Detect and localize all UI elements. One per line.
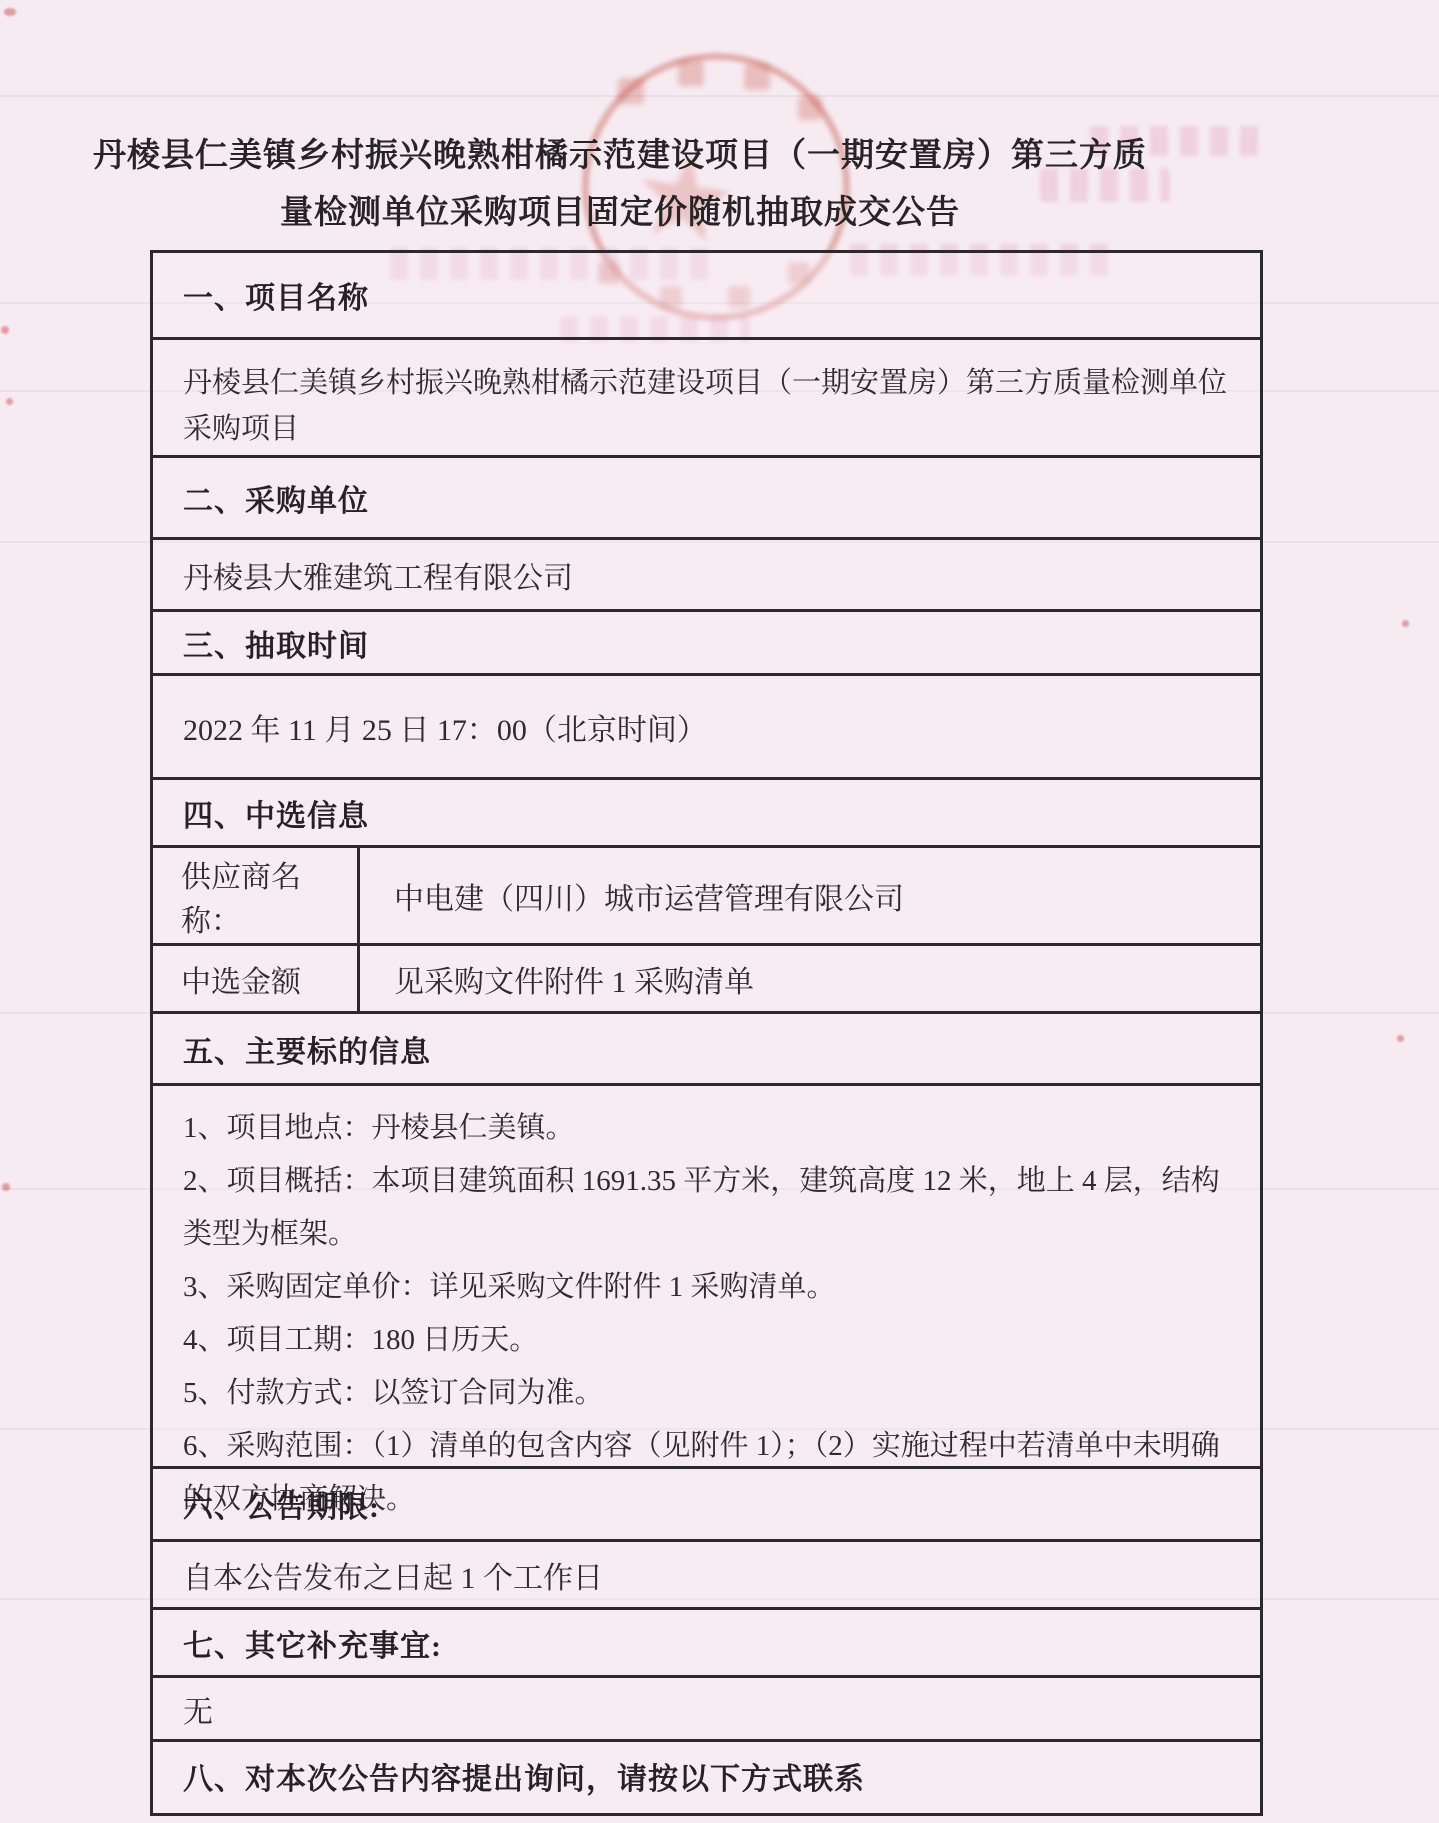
stamp-glyph-artifact — [618, 78, 644, 104]
draw-time-value: 2022 年 11 月 25 日 17：00（北京时间） — [153, 676, 1260, 780]
project-name-value: 丹棱县仁美镇乡村振兴晚熟柑橘示范建设项目（一期安置房）第三方质量检测单位采购项目 — [153, 340, 1260, 458]
title-line-1: 丹棱县仁美镇乡村振兴晚熟柑橘示范建设项目（一期安置房）第三方质 — [30, 128, 1210, 185]
scan-speck — [6, 398, 13, 405]
subject-item-5: 5、付款方式：以签订合同为准。 — [183, 1367, 1260, 1420]
section-7-header: 七、其它补充事宜: — [153, 1610, 1260, 1678]
award-amount-value: 见采购文件附件 1 采购清单 — [360, 946, 754, 1011]
announcement-table: 一、项目名称 丹棱县仁美镇乡村振兴晚熟柑橘示范建设项目（一期安置房）第三方质量检… — [150, 250, 1263, 1816]
section-4-header: 四、中选信息 — [153, 780, 1260, 848]
award-amount-label: 中选金额 — [153, 946, 360, 1011]
announcement-period-value: 自本公告发布之日起 1 个工作日 — [153, 1542, 1260, 1610]
supplier-name-value: 中电建（四川）城市运营管理有限公司 — [360, 848, 904, 943]
subject-info-list: 1、项目地点：丹棱县仁美镇。 2、项目概括：本项目建筑面积 1691.35 平方… — [183, 1102, 1260, 1526]
section-2-header: 二、采购单位 — [153, 458, 1260, 540]
section-6-header: 六、公告期限: — [153, 1469, 1260, 1542]
document-title: 丹棱县仁美镇乡村振兴晚熟柑橘示范建设项目（一期安置房）第三方质 量检测单位采购项… — [30, 128, 1210, 242]
stamp-glyph-artifact — [798, 96, 822, 120]
scanned-announcement-page: { "title": { "line1": "丹棱县仁美镇乡村振兴晚熟柑橘示范建… — [0, 0, 1439, 1823]
stamp-glyph-artifact — [678, 60, 704, 86]
title-line-2: 量检测单位采购项目固定价随机抽取成交公告 — [30, 185, 1210, 242]
scan-speck — [2, 1183, 10, 1191]
section-3-header: 三、抽取时间 — [153, 612, 1260, 676]
section-5-header: 五、主要标的信息 — [153, 1014, 1260, 1086]
purchaser-value: 丹棱县大雅建筑工程有限公司 — [153, 540, 1260, 612]
section-8-header: 八、对本次公告内容提出询问，请按以下方式联系 — [153, 1742, 1260, 1810]
subject-item-1: 1、项目地点：丹棱县仁美镇。 — [183, 1102, 1260, 1155]
supplementary-value: 无 — [153, 1678, 1260, 1742]
scan-speck — [1402, 620, 1409, 627]
scan-speck — [4, 8, 16, 16]
award-amount-row: 中选金额 见采购文件附件 1 采购清单 — [153, 946, 1260, 1014]
subject-item-2: 2、项目概括：本项目建筑面积 1691.35 平方米，建筑高度 12 米，地上 … — [183, 1155, 1260, 1261]
scan-speck — [1397, 1035, 1404, 1042]
scan-speck — [1, 326, 9, 334]
supplier-name-label: 供应商名称： — [153, 848, 360, 943]
section-1-header: 一、项目名称 — [153, 253, 1260, 340]
subject-item-4: 4、项目工期：180 日历天。 — [183, 1314, 1260, 1367]
stamp-glyph-artifact — [744, 64, 770, 90]
supplier-row: 供应商名称： 中电建（四川）城市运营管理有限公司 — [153, 848, 1260, 946]
subject-item-3: 3、采购固定单价：详见采购文件附件 1 采购清单。 — [183, 1261, 1260, 1314]
subject-info-row: 1、项目地点：丹棱县仁美镇。 2、项目概括：本项目建筑面积 1691.35 平方… — [153, 1086, 1260, 1469]
